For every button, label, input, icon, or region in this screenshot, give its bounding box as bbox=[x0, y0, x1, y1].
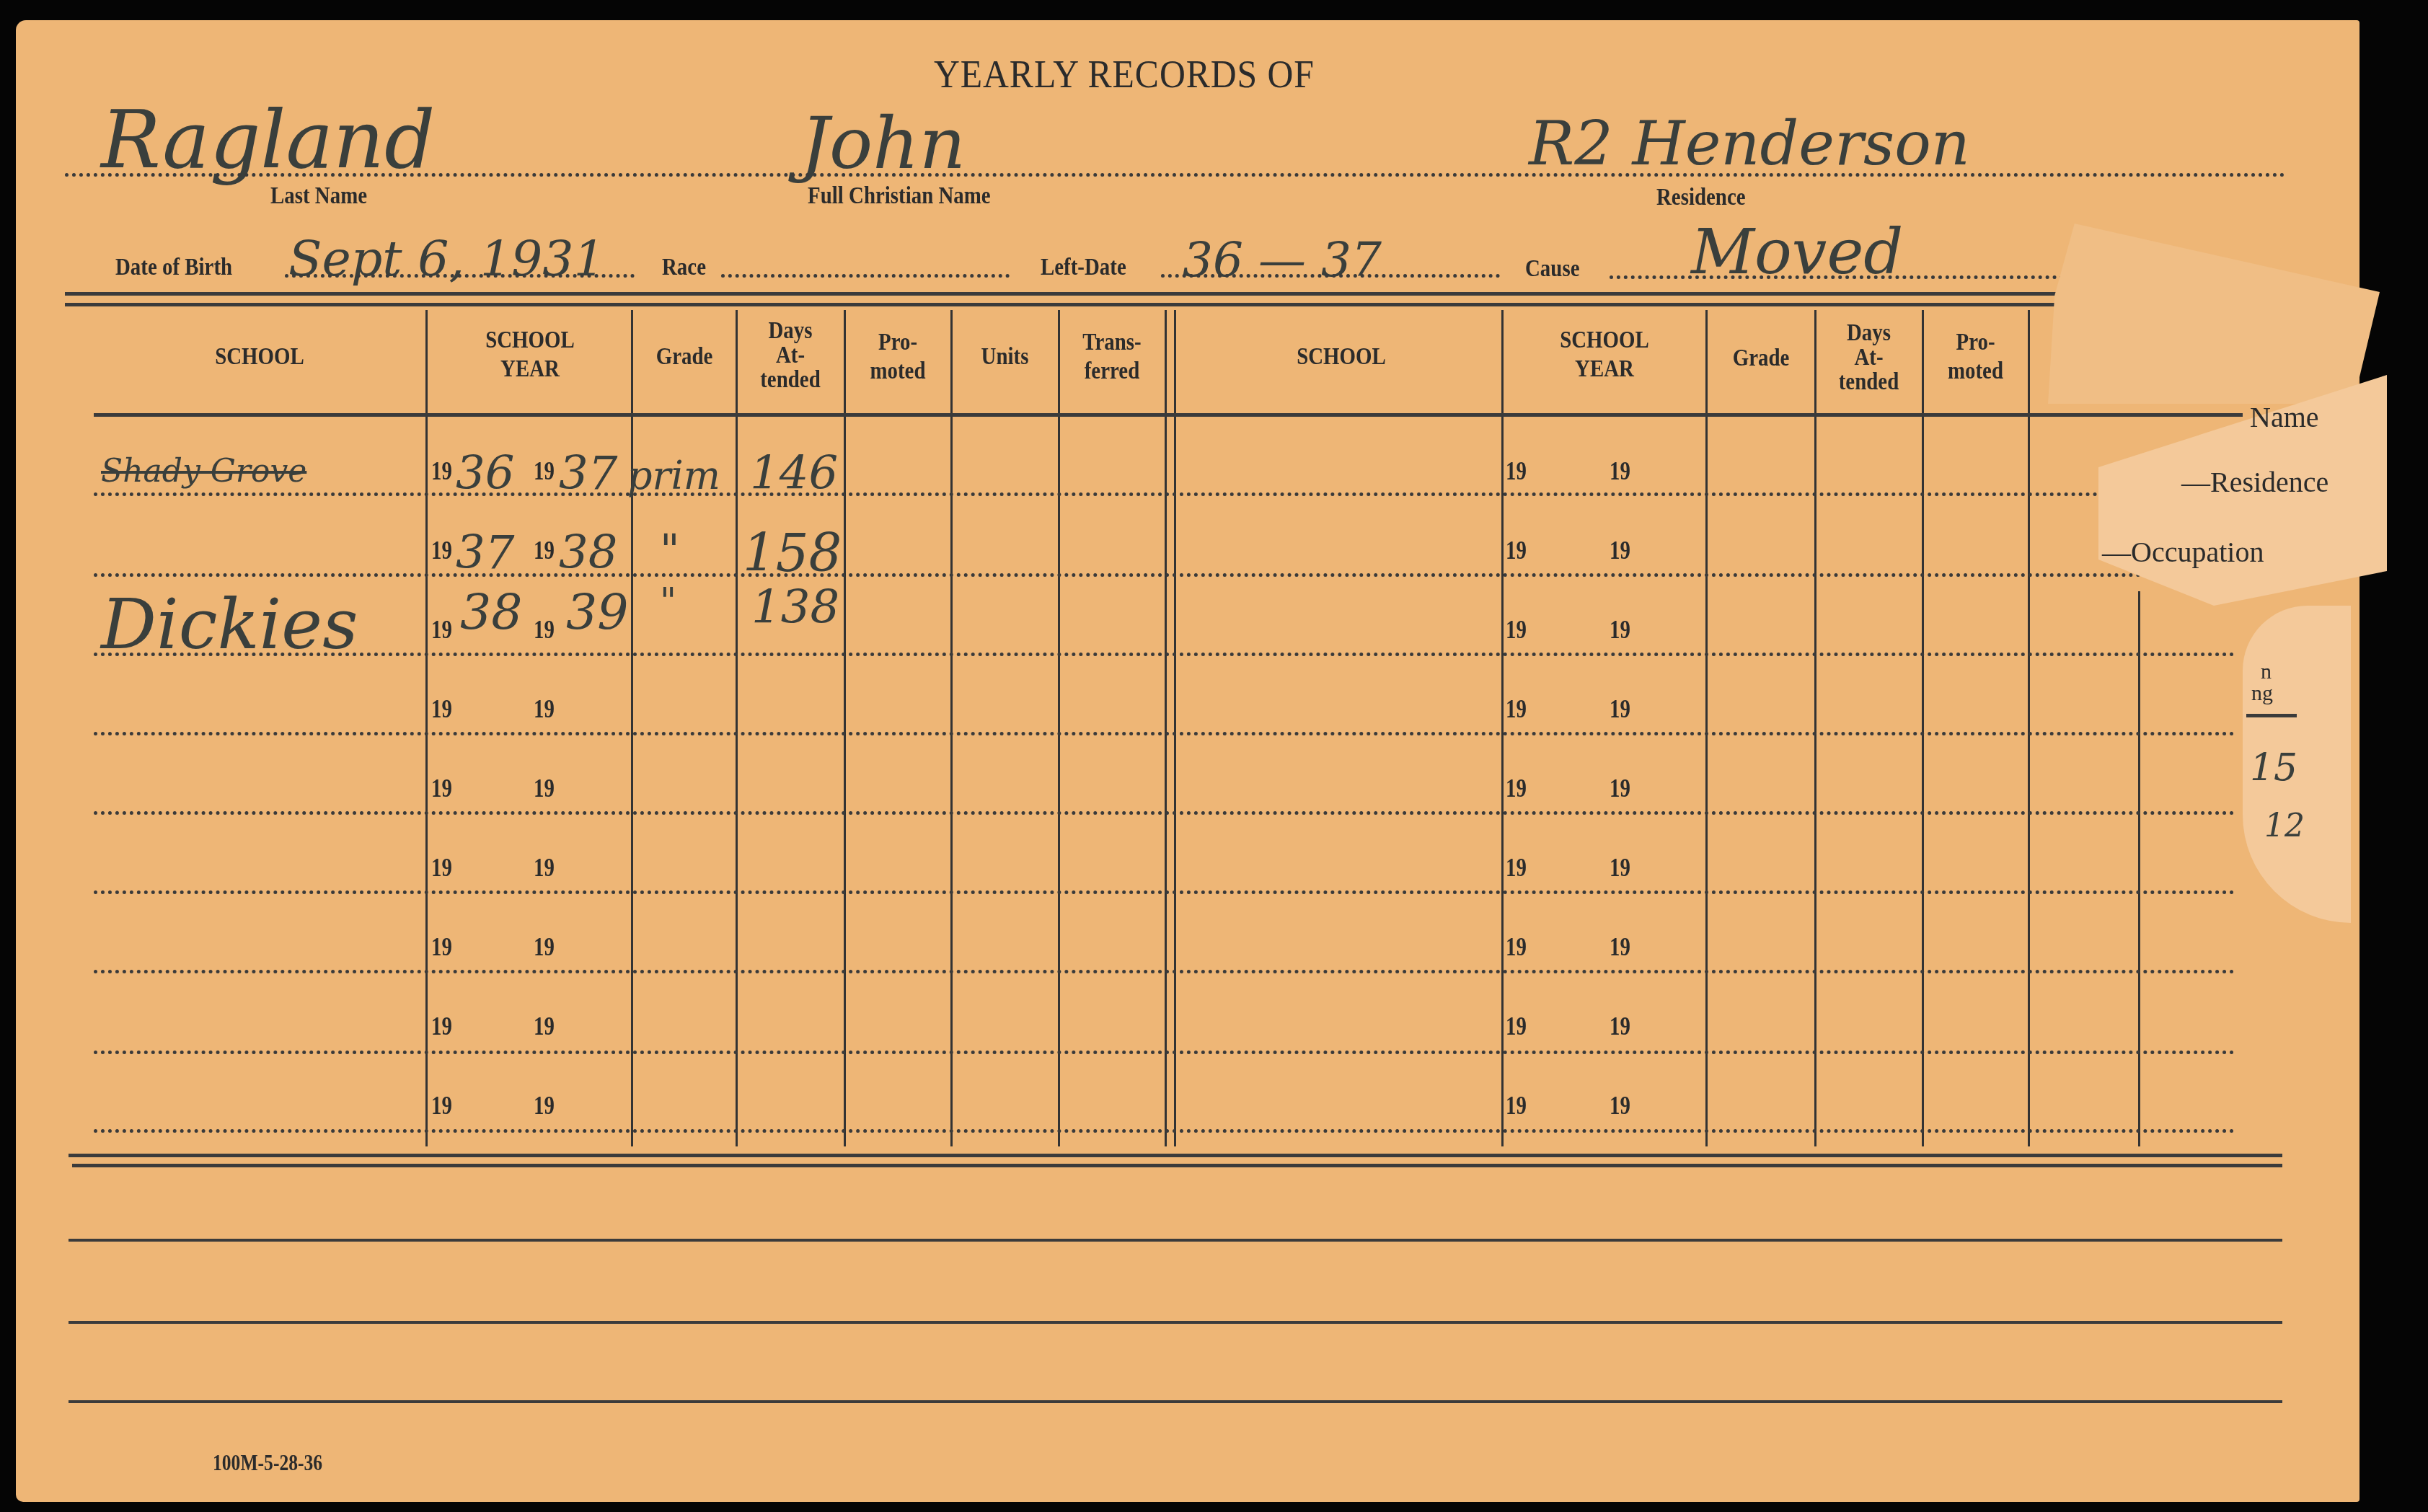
stub-occupation-label: —Occupation bbox=[2102, 535, 2264, 569]
table-bottom-rule-1 bbox=[69, 1154, 2282, 1157]
row1-school: Shady Grove bbox=[101, 453, 306, 490]
stub-handwritten-15: 15 bbox=[2250, 746, 2297, 790]
year-prefix-right: 19 bbox=[1506, 1090, 1527, 1120]
year-prefix: 19 bbox=[431, 694, 452, 724]
col-line bbox=[631, 310, 633, 1146]
col-line bbox=[950, 310, 953, 1146]
row-line bbox=[94, 890, 2235, 894]
header-rule-1 bbox=[65, 292, 2127, 296]
year-prefix-right: 19 bbox=[1610, 773, 1630, 803]
stub-residence-label: —Residence bbox=[2181, 465, 2328, 499]
row3-days: 138 bbox=[751, 581, 839, 635]
col-line bbox=[2138, 591, 2140, 1146]
col-line bbox=[736, 310, 738, 1146]
col-line bbox=[1814, 310, 1816, 1146]
col-header-school-year: SCHOOLYEAR bbox=[444, 326, 616, 384]
stub-name-label: Name bbox=[2250, 400, 2319, 434]
row1-year-to: 37 bbox=[559, 447, 617, 500]
col-header-school-right: SCHOOL bbox=[1206, 342, 1476, 371]
col-line bbox=[1922, 310, 1924, 1146]
race-line bbox=[721, 274, 1010, 278]
year-prefix: 19 bbox=[431, 1090, 452, 1120]
year-prefix-right: 19 bbox=[1506, 456, 1527, 486]
stub-rule bbox=[2246, 714, 2297, 717]
col-line bbox=[2028, 310, 2030, 1146]
dob-line bbox=[285, 274, 635, 278]
year-prefix: 19 bbox=[534, 535, 555, 565]
row3-school: Dickies bbox=[101, 584, 358, 665]
year-prefix-right: 19 bbox=[1610, 535, 1630, 565]
column-header-rule bbox=[94, 413, 2243, 417]
year-prefix: 19 bbox=[431, 456, 452, 486]
row3-year-to: 39 bbox=[566, 584, 629, 641]
row2-grade: " bbox=[660, 525, 680, 575]
year-prefix: 19 bbox=[431, 932, 452, 962]
year-prefix-right: 19 bbox=[1610, 932, 1630, 962]
year-prefix-right: 19 bbox=[1610, 694, 1630, 724]
residence-label: Residence bbox=[1656, 184, 1746, 211]
remarks-line-1 bbox=[69, 1239, 2282, 1242]
col-line bbox=[1165, 310, 1167, 1146]
col-line bbox=[1705, 310, 1708, 1146]
year-prefix-right: 19 bbox=[1610, 1011, 1630, 1041]
row1-days: 146 bbox=[750, 447, 838, 500]
row3-grade: " bbox=[660, 580, 676, 622]
year-prefix: 19 bbox=[534, 456, 555, 486]
row-line bbox=[94, 970, 2235, 973]
row3-year-from: 38 bbox=[460, 584, 523, 641]
stub-fragment-n: n bbox=[2261, 660, 2272, 684]
name-line bbox=[65, 173, 2286, 177]
year-prefix-right: 19 bbox=[1610, 1090, 1630, 1120]
cause-label: Cause bbox=[1525, 255, 1579, 283]
year-prefix: 19 bbox=[431, 1011, 452, 1041]
col-header-transferred: Trans-ferred bbox=[1067, 328, 1157, 386]
col-header-days-right: DaysAt-tended bbox=[1824, 321, 1914, 394]
year-prefix-right: 19 bbox=[1506, 694, 1527, 724]
year-prefix-right: 19 bbox=[1506, 932, 1527, 962]
col-header-school: SCHOOL bbox=[156, 342, 364, 371]
year-prefix: 19 bbox=[534, 694, 555, 724]
row-line bbox=[94, 811, 2235, 815]
cause-line bbox=[1610, 275, 2071, 279]
row-line bbox=[94, 573, 2235, 577]
row-line bbox=[94, 732, 2235, 735]
stub-handwritten-12: 12 bbox=[2264, 808, 2305, 844]
col-line bbox=[1174, 310, 1176, 1146]
row2-year-to: 38 bbox=[559, 526, 617, 580]
year-prefix-right: 19 bbox=[1506, 852, 1527, 883]
race-label: Race bbox=[662, 254, 706, 281]
christian-name-label: Full Christian Name bbox=[808, 182, 991, 210]
residence-value: R2 Henderson bbox=[1529, 108, 1970, 179]
year-prefix: 19 bbox=[534, 773, 555, 803]
header-rule-2 bbox=[65, 303, 2127, 306]
year-prefix: 19 bbox=[534, 1011, 555, 1041]
col-line bbox=[1501, 310, 1504, 1146]
year-prefix: 19 bbox=[431, 535, 452, 565]
dob-label: Date of Birth bbox=[115, 254, 232, 281]
year-prefix: 19 bbox=[431, 614, 452, 645]
year-prefix: 19 bbox=[534, 1090, 555, 1120]
col-line bbox=[844, 310, 846, 1146]
left-date-label: Left-Date bbox=[1041, 254, 1126, 281]
col-header-grade-right: Grade bbox=[1716, 344, 1806, 373]
year-prefix-right: 19 bbox=[1610, 852, 1630, 883]
year-prefix: 19 bbox=[534, 614, 555, 645]
year-prefix: 19 bbox=[431, 852, 452, 883]
table-bottom-rule-2 bbox=[72, 1164, 2282, 1167]
year-prefix-right: 19 bbox=[1506, 773, 1527, 803]
year-prefix: 19 bbox=[431, 773, 452, 803]
col-header-days: DaysAt-tended bbox=[745, 319, 836, 392]
dob-value: Sept 6, 1931 bbox=[288, 231, 605, 288]
row2-year-from: 37 bbox=[456, 526, 514, 580]
left-date-line bbox=[1161, 274, 1500, 278]
form-number: 100M-5-28-36 bbox=[213, 1449, 322, 1476]
row-line bbox=[94, 653, 2235, 656]
left-date-value: 36 — 37 bbox=[1183, 232, 1382, 288]
col-header-promoted: Pro-moted bbox=[853, 328, 942, 386]
col-header-units: Units bbox=[960, 342, 1050, 371]
stub-fragment-ng: ng bbox=[2251, 681, 2273, 706]
year-prefix: 19 bbox=[534, 932, 555, 962]
last-name-label: Last Name bbox=[270, 182, 367, 210]
last-name-value: Ragland bbox=[101, 94, 435, 186]
year-prefix-right: 19 bbox=[1506, 535, 1527, 565]
remarks-line-3 bbox=[69, 1400, 2282, 1403]
remarks-line-2 bbox=[69, 1321, 2282, 1324]
row-line bbox=[94, 492, 2235, 496]
col-header-school-year-right: SCHOOLYEAR bbox=[1519, 326, 1690, 384]
col-line bbox=[425, 310, 428, 1146]
row2-days: 158 bbox=[743, 523, 842, 583]
col-header-grade: Grade bbox=[641, 342, 728, 371]
form-title: YEARLY RECORDS OF bbox=[934, 52, 1315, 97]
year-prefix-right: 19 bbox=[1506, 1011, 1527, 1041]
row1-grade: prim bbox=[627, 453, 720, 498]
year-prefix-right: 19 bbox=[1610, 456, 1630, 486]
year-prefix: 19 bbox=[534, 852, 555, 883]
year-prefix-right: 19 bbox=[1610, 614, 1630, 645]
year-prefix-right: 19 bbox=[1506, 614, 1527, 645]
row-line bbox=[94, 1129, 2235, 1133]
row-line bbox=[94, 1051, 2235, 1054]
col-header-promoted-right: Pro-moted bbox=[1931, 328, 2020, 386]
row1-year-from: 36 bbox=[456, 447, 514, 500]
col-line bbox=[1058, 310, 1060, 1146]
